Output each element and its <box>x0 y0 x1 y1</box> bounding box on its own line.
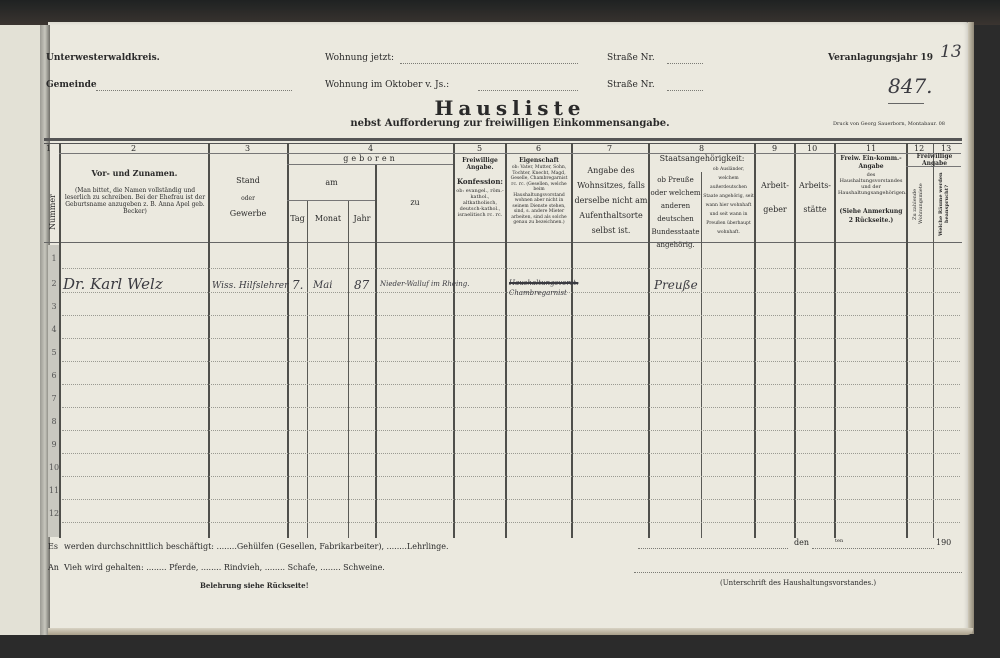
colnum-10: 10 <box>807 144 817 153</box>
col12-13-group: Freiwillige Angabe <box>908 153 961 167</box>
row-line-11 <box>62 499 960 500</box>
colnum-12: 12 <box>914 144 924 153</box>
col-line-11 <box>906 143 908 538</box>
row-number: 8 <box>48 417 60 426</box>
row-number: 1 <box>48 254 60 263</box>
date-year-label: 190 <box>936 538 951 547</box>
row-line-10 <box>62 476 960 477</box>
colnum-11: 11 <box>866 144 876 153</box>
municipality-field[interactable] <box>96 90 292 91</box>
colnum-7: 7 <box>607 144 612 153</box>
residence-october-field[interactable] <box>478 90 578 91</box>
colnum-3: 3 <box>245 144 250 153</box>
place-field[interactable] <box>638 548 788 549</box>
col6-note: ob: Vater, Mutter, Sohn, Tochter, Knecht… <box>507 165 571 226</box>
colnum-2: 2 <box>131 144 136 153</box>
colnum-4: 4 <box>368 144 373 153</box>
col-line-6 <box>571 143 573 538</box>
colnum-6: 6 <box>536 144 541 153</box>
col3-line2: oder <box>209 195 287 202</box>
header-bottom-rule <box>44 242 962 243</box>
col2-title: Vor- und Zunamen. <box>62 168 207 178</box>
row-line-5 <box>62 361 960 362</box>
col-line-12 <box>933 143 934 538</box>
signature-caption: (Unterschrift des Haushaltungsvorstandes… <box>720 579 876 587</box>
colnum-9: 9 <box>772 144 777 153</box>
row-number: 4 <box>48 325 60 334</box>
date-field[interactable] <box>812 548 934 549</box>
row-number: 2 <box>48 279 60 288</box>
col8-right: ob Ausländer, welchem außerdeutschen Sta… <box>703 165 754 237</box>
residence-october-label: Wohnung im Oktober v. Js.: <box>325 80 449 90</box>
col-line-10 <box>834 143 836 538</box>
employees-line: werden durchschnittlich beschäftigt: ...… <box>64 542 449 551</box>
handwritten-number: 847. <box>888 74 933 98</box>
col-line-8-split <box>701 172 702 538</box>
col7-text: Angabe des Wohnsitzes, falls derselbe ni… <box>574 163 648 238</box>
col-line-1 <box>59 143 61 538</box>
col9-line2: geber <box>756 205 794 214</box>
col-line-3 <box>287 143 289 538</box>
street-field-2[interactable] <box>667 90 703 91</box>
entry-relation-struck: Haushaltungsvorst. <box>509 279 578 287</box>
entry-year: 87 <box>354 278 369 292</box>
col8-left: ob Preuße oder welchem anderen deutschen… <box>650 174 701 252</box>
row-number: 11 <box>48 486 60 495</box>
row-number: 6 <box>48 371 60 380</box>
page-stack-bottom <box>48 628 973 635</box>
row-number: 3 <box>48 302 60 311</box>
district-label: Unterwesterwaldkreis. <box>46 53 160 63</box>
col-line-9 <box>794 143 796 538</box>
col3-line1: Stand <box>209 176 287 185</box>
assessment-year-label: Veranlagungsjahr 19 <box>828 53 933 63</box>
assessment-year-handwritten: 13 <box>940 42 962 62</box>
col4-tag: Tag <box>288 214 307 223</box>
row-line-8 <box>62 430 960 431</box>
geboren-rule <box>287 164 453 165</box>
row-number: 5 <box>48 348 60 357</box>
col11-ref: (Siehe Anmerkung 2 Rückseite.) <box>838 207 904 225</box>
table-top-rule-thin <box>44 143 962 144</box>
entry-birthplace: Nieder-Walluf im Rheing. <box>380 280 470 288</box>
table-top-rule <box>44 138 962 141</box>
residence-now-label: Wohnung jetzt: <box>325 53 394 63</box>
col4-am: am <box>288 178 375 187</box>
row-line-6 <box>62 384 960 385</box>
signature-field[interactable] <box>634 572 962 573</box>
row-line-9 <box>62 453 960 454</box>
col4-zu: zu <box>377 198 453 207</box>
residence-now-field[interactable] <box>400 63 578 64</box>
col6-title: Eigenschaft <box>507 157 571 164</box>
entry-day: 7. <box>292 278 303 292</box>
livestock-prefix: An <box>48 563 59 572</box>
col1-header: Nummer <box>48 170 57 230</box>
entry-name: Dr. Karl Welz <box>63 275 163 293</box>
street-label-2: Straße Nr. <box>607 80 655 90</box>
col4-group: geboren <box>288 154 453 163</box>
row-number: 12 <box>48 509 60 518</box>
row-number: 10 <box>48 463 60 472</box>
entry-relation: Chambregarnist <box>509 289 567 297</box>
col5-subtitle: Konfession: <box>455 177 505 186</box>
col11-title: Freiw. Ein-komm.-Angabe <box>836 155 906 171</box>
colnum-5: 5 <box>477 144 482 153</box>
row-number: 7 <box>48 394 60 403</box>
street-label-1: Straße Nr. <box>607 53 655 63</box>
page-title: Hausliste <box>0 96 1000 120</box>
row-number: 9 <box>48 440 60 449</box>
col5-title: Freiwillige Angabe. <box>455 157 505 171</box>
municipality-label: Gemeinde <box>46 80 97 90</box>
row-line-4 <box>62 338 960 339</box>
colnum-8: 8 <box>699 144 704 153</box>
street-field-1[interactable] <box>667 63 703 64</box>
col11-note: des Haushaltungsvorstandes und der Haush… <box>838 172 904 196</box>
am-rule <box>287 200 375 201</box>
entry-citizenship: Preuße <box>654 278 698 292</box>
col12-text: Zu zahlende Wohnungsmiete <box>912 170 930 238</box>
col10-line1: Arbeits- <box>796 181 834 190</box>
row-line-1 <box>62 268 960 269</box>
colnum-1: 1 <box>46 144 51 153</box>
employees-prefix: Es <box>48 542 58 551</box>
col8-title: Staatsangehörigkeit: <box>650 154 754 163</box>
col5-note: ob: evangel., röm.-kathol., altkatholisc… <box>455 188 505 218</box>
col-line-2 <box>208 143 210 538</box>
col3-line3: Gewerbe <box>209 209 287 218</box>
col13-text: Welche Räume werden beansprucht? <box>938 170 960 238</box>
col2-note: (Man bittet, die Namen vollständig und l… <box>62 187 208 215</box>
column-number-rule <box>59 153 961 154</box>
entry-occupation: Wiss. Hilfslehrer <box>212 281 288 291</box>
col4-jahr: Jahr <box>349 214 375 223</box>
entry-month: Mai <box>313 280 332 291</box>
row-line-7 <box>62 407 960 408</box>
livestock-line: Vieh wird gehalten: ........ Pferde, ...… <box>64 563 385 572</box>
date-den-label: den <box>794 538 809 547</box>
printer-imprint: Druck von Georg Sauerborn, Montabaur. 08 <box>833 121 945 127</box>
col-line-tag <box>307 200 308 538</box>
col-line-monat <box>348 200 349 538</box>
row-line-3 <box>62 315 960 316</box>
col9-line1: Arbeit- <box>756 181 794 190</box>
col10-line2: stätte <box>796 205 834 214</box>
colnum-13: 13 <box>941 144 951 153</box>
date-ten-label: ten <box>835 538 843 544</box>
row-line-12 <box>62 522 960 523</box>
col-line-8 <box>754 143 756 538</box>
col-line-jahr <box>375 164 377 538</box>
instruction-note: Belehrung siehe Rückseite! <box>200 581 309 590</box>
col4-monat: Monat <box>308 214 348 223</box>
